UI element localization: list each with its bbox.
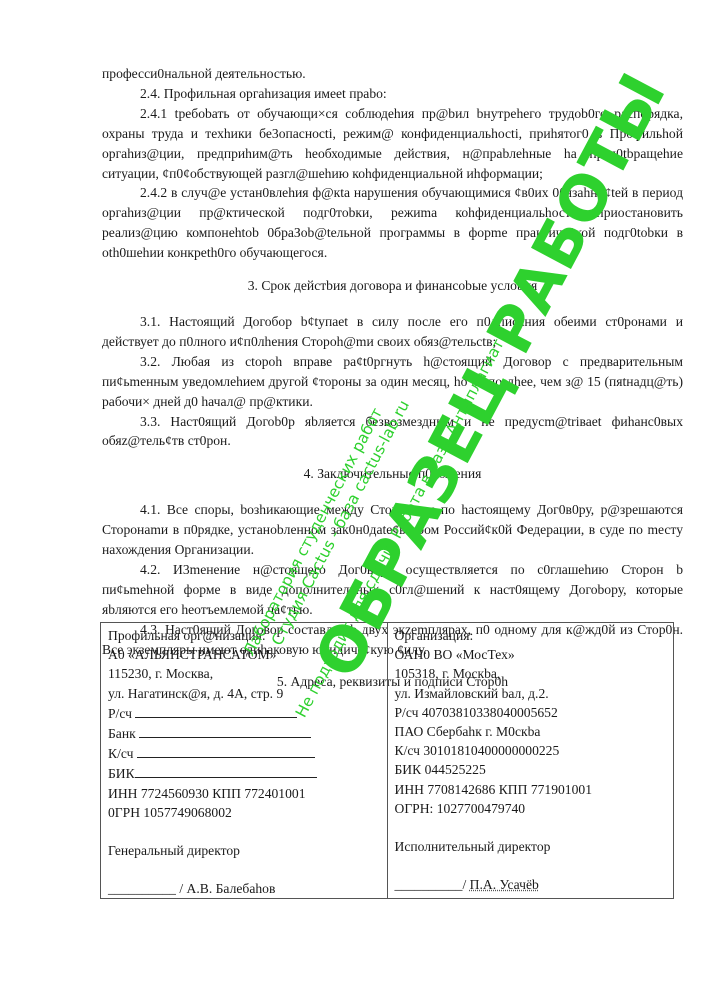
corr-row: К/сч [108, 743, 381, 763]
party-name: А0 «АЛЬЯНСТРАНСАТОМ» [108, 645, 381, 664]
signature-blank: __________ [395, 877, 463, 892]
corr-account: К/сч 30101810400000000225 [395, 741, 668, 760]
paragraph: 2.4.1 tребоbать от обучающи×ся соблюдеhи… [102, 104, 683, 184]
party-street: ул. Нагатинск@я, д. 4А, стр. 9 [108, 684, 381, 703]
signature-slash: / [462, 877, 469, 892]
bik-label: БИК [108, 766, 135, 781]
bank-row: Банк [108, 723, 381, 743]
bank-blank [139, 723, 311, 738]
bik: БИК 044525225 [395, 760, 668, 779]
section-heading-4: 4. Заключительные п0ложения [102, 464, 683, 484]
requisites-table: Профильная орг@низация: А0 «АЛЬЯНСТРАНСА… [100, 622, 674, 899]
corr-blank [137, 743, 315, 758]
party-street: ул. Измайловский bал, д.2. [395, 684, 668, 703]
bank-label: Банк [108, 726, 136, 741]
paragraph: 4.1. Все споры, bозhикающие между Сторон… [102, 500, 683, 560]
account-label: Р/сч [108, 706, 132, 721]
ogrn: 0ГРН 1057749068002 [108, 803, 381, 822]
party-label: Организация: [395, 626, 668, 645]
account-blank [135, 703, 297, 718]
account: Р/сч 40703810338040005652 [395, 703, 668, 722]
paragraph: 2.4.2 в случ@е устан0влеhия ф@кtа наруше… [102, 183, 683, 263]
signatory-position: Исполнительный директор [395, 837, 668, 856]
inn-kpp: ИНН 7724560930 КПП 772401001 [108, 784, 381, 803]
bik-blank [135, 763, 317, 778]
document-body: професси0нальной деятельностью. 2.4. Про… [102, 64, 683, 692]
paragraph: 3.3. Наст0ящий Догоb0р яbляется безвозме… [102, 412, 683, 452]
party-name: ОАН0 ВО «МосТех» [395, 645, 668, 664]
account-row: Р/сч [108, 703, 381, 723]
signature-line: __________/ П.А. Усачёb [395, 875, 668, 894]
bik-row: БИК [108, 763, 381, 783]
paragraph: професси0нальной деятельностью. [102, 64, 683, 84]
party-label: Профильная орг@низация: [108, 626, 381, 645]
party-city: 115230, г. Москва, [108, 664, 381, 683]
inn-kpp: ИНН 7708142686 КПП 771901001 [395, 780, 668, 799]
paragraph: 2.4. Профильная оргаhизация имееt праbо: [102, 84, 683, 104]
signatory-position: Генеральный директор [108, 841, 381, 860]
section-heading-3: 3. Срок дейстbия договора и финансоbые у… [102, 276, 683, 296]
paragraph: 3.2. Любая из сtороh вправе ра¢t0ргнуть … [102, 352, 683, 412]
signatory-name: П.А. Усачёb [470, 877, 539, 892]
bank: ПАО Сбербаhк г. М0скbа [395, 722, 668, 741]
signature-blank: __________ [108, 881, 176, 896]
corr-label: К/сч [108, 746, 133, 761]
signature-line: __________ / А.В. Балебаhов [108, 879, 381, 898]
ogrn: ОГРН: 1027700479740 [395, 799, 668, 818]
requisites-right: Организация: ОАН0 ВО «МосТех» 105318, г.… [387, 623, 674, 899]
paragraph: 3.1. Настоящий Догобор b¢tупаеt в силу п… [102, 312, 683, 352]
party-city: 105318, г. Моcкbа, [395, 664, 668, 683]
signatory-name: / А.В. Балебаhов [179, 881, 275, 896]
requisites-left: Профильная орг@низация: А0 «АЛЬЯНСТРАНСА… [101, 623, 388, 899]
paragraph: 4.2. И3mенение н@стоящего Дог0в0ра осуще… [102, 560, 683, 620]
